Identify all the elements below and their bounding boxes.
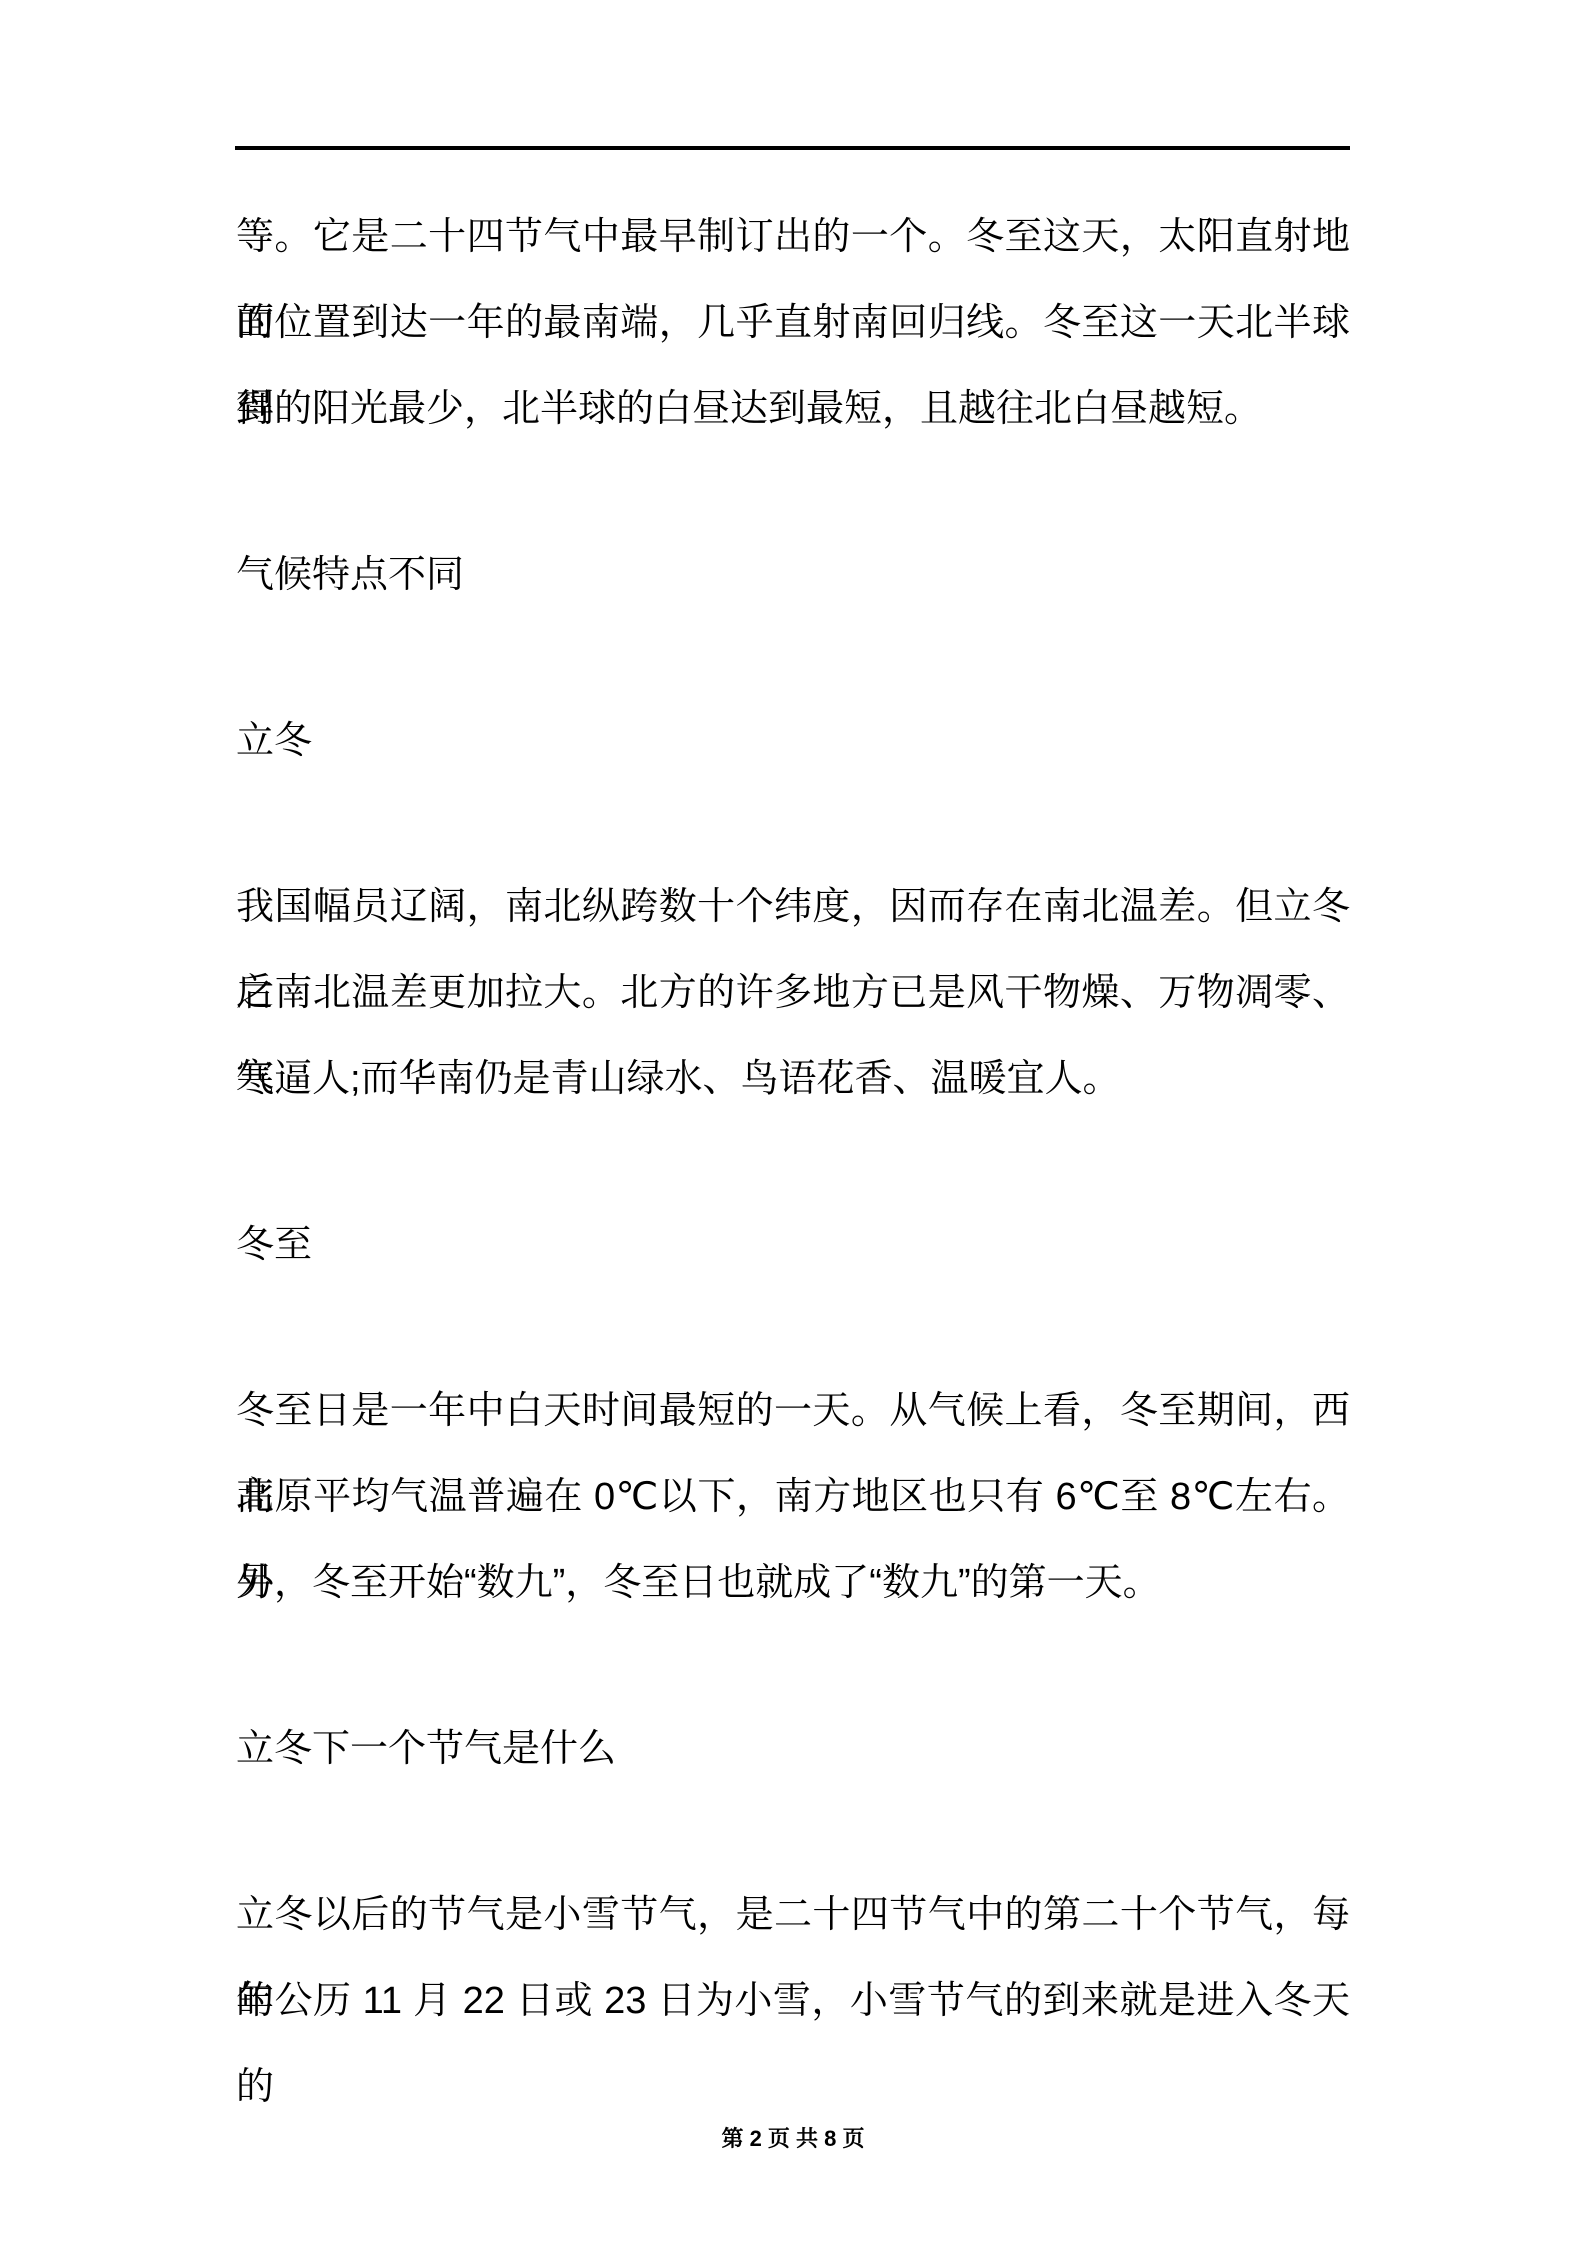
heading-text: 立冬下一个节气是什么 [236, 1706, 1350, 1792]
text-line: 后南北温差更加拉大。北方的许多地方已是风干物燥、万物凋零、寒 [236, 950, 1350, 1036]
text-line: 的位置到达一年的最南端，几乎直射南回归线。冬至这一天北半球得 [236, 280, 1350, 366]
text-line: 的公历 11 月 22 日或 23 日为小雪，小雪节气的到来就是进入冬天的 [236, 1958, 1350, 2044]
text-line: 到的阳光最少，北半球的白昼达到最短，且越往北白昼越短。 [236, 366, 1350, 452]
subheading-dongzhi: 冬至 [236, 1202, 1350, 1288]
heading-text: 立冬 [236, 698, 1350, 784]
heading-text: 冬至 [236, 1202, 1350, 1288]
text-line: 气逼人;而华南仍是青山绿水、鸟语花香、温暖宜人。 [236, 1036, 1350, 1122]
paragraph-intro: 等。它是二十四节气中最早制订出的一个。冬至这天，太阳直射地面 的位置到达一年的最… [236, 194, 1350, 452]
subheading-lidong: 立冬 [236, 698, 1350, 784]
heading-text: 气候特点不同 [236, 532, 1350, 618]
section-heading-next-term: 立冬下一个节气是什么 [236, 1706, 1350, 1792]
text-line: 冬至日是一年中白天时间最短的一天。从气候上看，冬至期间，西北 [236, 1368, 1350, 1454]
text-line: 我国幅员辽阔，南北纵跨数十个纬度，因而存在南北温差。但立冬之 [236, 864, 1350, 950]
text-line: 高原平均气温普遍在 0℃以下，南方地区也只有 6℃至 8℃左右。另 [236, 1454, 1350, 1540]
text-line: 外，冬至开始“数九”，冬至日也就成了“数九”的第一天。 [236, 1540, 1350, 1626]
page-number-text: 第 2 页 共 8 页 [721, 2126, 864, 2151]
document-page: 等。它是二十四节气中最早制订出的一个。冬至这天，太阳直射地面 的位置到达一年的最… [0, 0, 1586, 2244]
page-footer: 第 2 页 共 8 页 [236, 2124, 1350, 2154]
paragraph-xiaoxue: 立冬以后的节气是小雪节气，是二十四节气中的第二十个节气，每年 的公历 11 月 … [236, 1872, 1350, 2044]
document-body: 等。它是二十四节气中最早制订出的一个。冬至这天，太阳直射地面 的位置到达一年的最… [236, 194, 1350, 2154]
header-rule [235, 146, 1350, 150]
paragraph-dongzhi: 冬至日是一年中白天时间最短的一天。从气候上看，冬至期间，西北 高原平均气温普遍在… [236, 1368, 1350, 1626]
text-line: 立冬以后的节气是小雪节气，是二十四节气中的第二十个节气，每年 [236, 1872, 1350, 1958]
text-line: 等。它是二十四节气中最早制订出的一个。冬至这天，太阳直射地面 [236, 194, 1350, 280]
section-heading-climate: 气候特点不同 [236, 532, 1350, 618]
paragraph-lidong: 我国幅员辽阔，南北纵跨数十个纬度，因而存在南北温差。但立冬之 后南北温差更加拉大… [236, 864, 1350, 1122]
